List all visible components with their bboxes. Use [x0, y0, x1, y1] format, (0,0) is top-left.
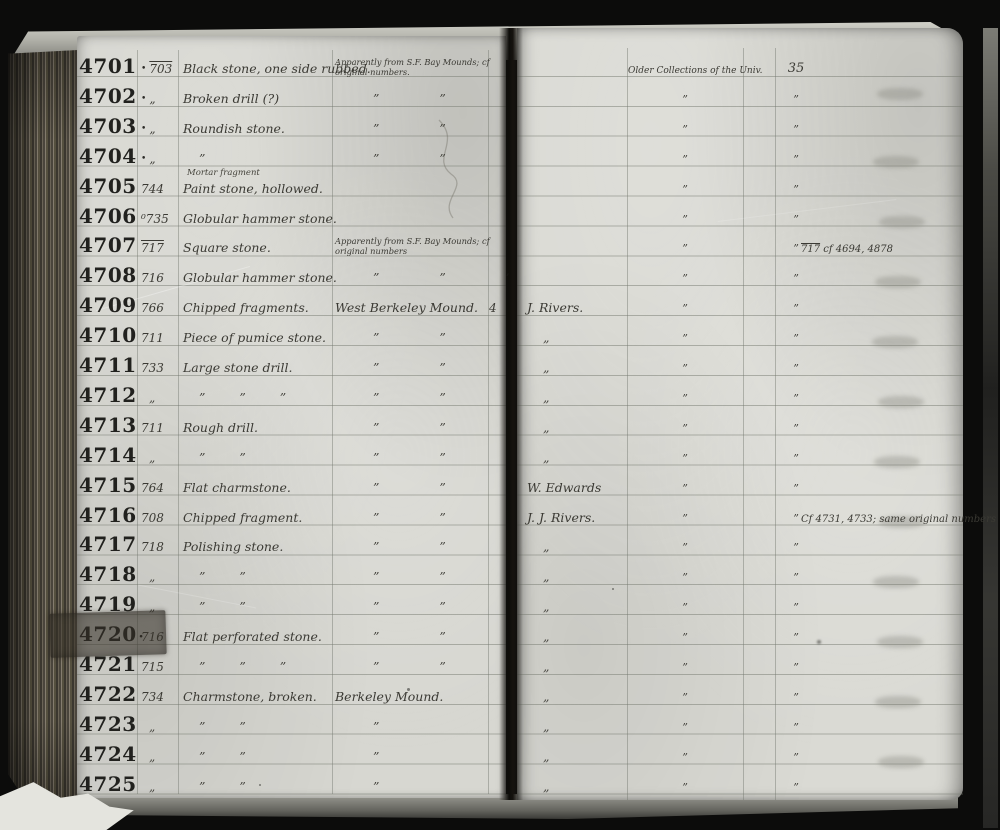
original-number-text: 711	[141, 331, 164, 345]
ledger-row-4712: 4712„” ” ”” ”	[77, 378, 506, 408]
original-number-text: 734	[141, 690, 164, 704]
price: ”	[776, 422, 816, 435]
ledger-row-4720-right: „””	[517, 617, 963, 647]
catalog-number-text: 4717	[79, 532, 137, 556]
collector: „	[527, 779, 549, 794]
price: 35	[776, 61, 816, 76]
remark-note: 717 cf 4694, 4878	[801, 244, 893, 255]
collector: J. Rivers.	[527, 300, 583, 315]
price: ”	[776, 751, 816, 764]
collection: ”	[628, 691, 742, 704]
locality: ” ”	[335, 121, 446, 136]
collector: „	[527, 450, 549, 465]
original-number: 716	[141, 271, 164, 285]
original-number: •„	[141, 92, 156, 106]
collection: ”	[628, 631, 742, 644]
original-number: 711	[141, 421, 164, 435]
bullet-mark: •	[141, 64, 146, 74]
ledger-row-4711: 4711733Large stone drill.” ”	[77, 348, 506, 378]
locality: ” ”	[335, 420, 446, 435]
ledger-row-4719-right: „””	[517, 587, 963, 617]
right-page: Older Collections of the Univ.35””””””””…	[517, 28, 963, 800]
description: ” ”	[183, 719, 246, 734]
catalog-number: 4714	[79, 443, 137, 467]
catalog-number-text: 4708	[79, 263, 137, 287]
locality: ”	[335, 779, 379, 794]
price: ”	[776, 781, 816, 794]
locality: ” ”	[335, 450, 446, 465]
ledger-row-4722-right: „””	[517, 677, 963, 707]
collector: „	[527, 569, 549, 584]
price: ”	[776, 631, 816, 644]
ledger-row-4707: 4707717Square stone.Apparently from S.F.…	[77, 228, 506, 258]
left-page: 4701•703Black stone, one side rubbed.App…	[77, 36, 506, 798]
ledger-row-4701-right: Older Collections of the Univ.35	[517, 49, 963, 79]
collection: ”	[628, 242, 742, 255]
catalog-number: 4715	[79, 473, 137, 497]
collector: „	[527, 659, 549, 674]
catalog-number: 4706	[79, 204, 137, 228]
catalog-number: 4725	[79, 772, 137, 796]
description: Piece of pumice stone.	[183, 330, 326, 345]
collection: ”	[628, 571, 742, 584]
description: Flat perforated stone.	[183, 629, 322, 644]
catalog-number-text: 4706	[79, 204, 137, 228]
price: ”	[776, 272, 816, 285]
ledger-row-4702-right: ””	[517, 79, 963, 109]
collection: ”	[628, 512, 742, 525]
price: ”	[776, 213, 816, 226]
ledger-row-4709: 4709766Chipped fragments.West Berkeley M…	[77, 288, 506, 318]
original-number: 715	[141, 660, 164, 674]
locality: ” ” ”	[335, 270, 512, 285]
catalog-number-text: 4711	[79, 353, 137, 377]
catalog-number-text: 4725	[79, 772, 137, 796]
ledger-row-4722: 4722734Charmstone, broken.Berkeley Mound…	[77, 677, 506, 707]
price: ”	[776, 123, 816, 136]
collector: „	[527, 420, 549, 435]
description: ”	[183, 151, 205, 166]
collector: „	[527, 689, 549, 704]
original-number-text: 708	[141, 511, 164, 525]
right-rows: Older Collections of the Univ.35””””””””…	[517, 28, 963, 800]
catalog-number-text: 4707	[79, 233, 137, 257]
price: ”	[776, 362, 816, 375]
original-number-text: 718	[141, 540, 164, 554]
ledger-row-4713: 4713711Rough drill.” ”	[77, 408, 506, 438]
description: Broken drill (?)	[183, 91, 279, 106]
ledger-row-4717: 4717718Polishing stone.” ”	[77, 527, 506, 557]
collector: „	[527, 749, 549, 764]
price: ”	[776, 153, 816, 166]
ledger-row-4703: 4703•„Roundish stone.” ”	[77, 109, 506, 139]
ledger-row-4715-right: W. Edwards””	[517, 468, 963, 498]
ledger-row-4725: 4725„” ””	[77, 767, 506, 797]
remark-note-text: Cf 4731, 4733; same original numbers	[801, 514, 996, 525]
description: ” ”	[183, 779, 246, 794]
locality: Apparently from S.F. Bay Mounds; cf orig…	[335, 58, 495, 77]
price: ”	[776, 302, 816, 315]
ledger-row-4708-right: ””	[517, 258, 963, 288]
original-number-text: 703	[149, 62, 172, 76]
original-number-text: 733	[141, 361, 164, 375]
catalog-number: 4716	[79, 503, 137, 527]
catalog-number-text: 4724	[79, 742, 137, 766]
catalog-number-text: 4723	[79, 712, 137, 736]
original-number-text: „	[149, 152, 155, 166]
collection: ”	[628, 93, 742, 106]
original-number: 764	[141, 481, 164, 495]
price: ”	[776, 183, 816, 196]
ledger-row-4725-right: „””	[517, 767, 963, 797]
catalog-number-text: 4712	[79, 383, 137, 407]
original-number-text: 715	[141, 660, 164, 674]
original-number: 717	[141, 241, 164, 255]
price: ”	[776, 691, 816, 704]
price: ”	[776, 541, 816, 554]
description: Charmstone, broken.	[183, 689, 317, 704]
ledger-row-4705-right: ””	[517, 169, 963, 199]
ledger-row-4706-right: ””	[517, 199, 963, 229]
collection: ”	[628, 601, 742, 614]
collection: ”	[628, 392, 742, 405]
original-number-text: „	[149, 92, 155, 106]
original-number-text: 744	[141, 182, 164, 196]
description: Globular hammer stone.	[183, 270, 337, 285]
catalog-number: 4718	[79, 562, 137, 586]
catalog-number: 4717	[79, 532, 137, 556]
collection: ”	[628, 183, 742, 196]
ledger-row-4710: 4710711Piece of pumice stone.” ”	[77, 318, 506, 348]
page-stack-fore-edge	[8, 50, 78, 812]
catalog-number: 4722	[79, 682, 137, 706]
locality: ”	[335, 719, 379, 734]
collection: ”	[628, 302, 742, 315]
ledger-row-4715: 4715764Flat charmstone.” ”	[77, 468, 506, 498]
original-number: •„	[141, 152, 156, 166]
bullet-mark: •	[141, 154, 146, 164]
ledger-row-4709-right: J. Rivers.””	[517, 288, 963, 318]
original-number-text: „	[149, 720, 155, 734]
price: ”	[776, 721, 816, 734]
ledger-row-4714-right: „””	[517, 438, 963, 468]
collection: ”	[628, 751, 742, 764]
collection: ”	[628, 362, 742, 375]
ledger-row-4718-right: „””	[517, 557, 963, 587]
original-number: •„	[141, 122, 156, 136]
catalog-number: 4702	[79, 84, 137, 108]
description: ” ”	[183, 569, 246, 584]
catalog-number: 4707	[79, 233, 137, 257]
collection: ”	[628, 452, 742, 465]
ledger-row-4718: 4718„” ”” ”	[77, 557, 506, 587]
original-number: 711	[141, 331, 164, 345]
remark-note-lead: 717	[801, 244, 820, 255]
ledger-row-4707-right: ””717 cf 4694, 4878	[517, 228, 963, 258]
catalog-number-text: 4715	[79, 473, 137, 497]
collector: „	[527, 539, 549, 554]
bullet-mark: •	[141, 124, 146, 134]
ledger-row-4721-right: „””	[517, 647, 963, 677]
catalog-number-text: 4709	[79, 293, 137, 317]
ledger-row-4714: 4714„” ”” ”	[77, 438, 506, 468]
catalog-number: 4723	[79, 712, 137, 736]
catalog-number: 4711	[79, 353, 137, 377]
ledger-row-4716: 4716708Chipped fragment.” ”	[77, 498, 506, 528]
description: Chipped fragment.	[183, 510, 302, 525]
description: ” ”	[183, 749, 246, 764]
original-number-text: 764	[141, 481, 164, 495]
catalog-number-text: 4722	[79, 682, 137, 706]
ledger-row-4705: 4705744Mortar fragmentPaint stone, hollo…	[77, 169, 506, 199]
original-number: ⁰735	[141, 212, 169, 226]
original-number-text: „	[149, 780, 155, 794]
price: ”	[776, 661, 816, 674]
collection: ”	[628, 721, 742, 734]
original-number-text: 717	[141, 241, 164, 255]
original-number: „	[141, 780, 155, 794]
locality: ” ”	[335, 629, 446, 644]
collector: „	[527, 360, 549, 375]
original-number: „	[141, 391, 155, 405]
original-number: 708	[141, 511, 164, 525]
description: ” ” ”	[183, 390, 286, 405]
description: Roundish stone.	[183, 121, 285, 136]
description: Square stone.	[183, 240, 271, 255]
locality: ” ”	[335, 151, 446, 166]
original-number: •703	[141, 62, 172, 76]
original-number: 718	[141, 540, 164, 554]
collection: ”	[628, 661, 742, 674]
catalog-number-text: 4710	[79, 323, 137, 347]
locality: ” ”	[335, 360, 446, 375]
locality: ” ”	[335, 480, 446, 495]
original-number-text: „	[149, 451, 155, 465]
original-number-text: ⁰735	[141, 212, 169, 226]
ledger-row-4723: 4723„” ””	[77, 707, 506, 737]
original-number: 744	[141, 182, 164, 196]
collector: „	[527, 390, 549, 405]
photo-frame: 4701•703Black stone, one side rubbed.App…	[0, 0, 1000, 830]
price: ”	[776, 392, 816, 405]
locality: West Berkeley Mound.	[335, 300, 478, 315]
collection: ”	[628, 422, 742, 435]
collection: ”	[628, 153, 742, 166]
ledger-row-4708: 4708716Globular hammer stone.” ” ”	[77, 258, 506, 288]
locality: ” ”	[335, 599, 446, 614]
price: ”	[776, 571, 816, 584]
original-number: 766	[141, 301, 164, 315]
ledger-row-4712-right: „””	[517, 378, 963, 408]
tape-patch	[49, 610, 166, 658]
collection: ”	[628, 482, 742, 495]
description: Polishing stone.	[183, 539, 283, 554]
original-number-text: „	[149, 122, 155, 136]
ledger-row-4723-right: „””	[517, 707, 963, 737]
collection: Older Collections of the Univ.	[628, 66, 742, 76]
ledger-row-4724-right: „””	[517, 737, 963, 767]
description-annotation: Mortar fragment	[187, 168, 260, 178]
locality: ” ”	[335, 390, 446, 405]
ledger-row-4704-right: ””	[517, 139, 963, 169]
price: ”	[776, 452, 816, 465]
locality: ” ”	[335, 569, 446, 584]
remark-note-text: cf 4694, 4878	[820, 244, 893, 255]
catalog-number-text: 4701	[79, 54, 137, 78]
locality: Apparently from S.F. Bay Mounds; cf orig…	[335, 237, 495, 256]
left-rows: 4701•703Black stone, one side rubbed.App…	[77, 36, 506, 798]
description: ” ”	[183, 450, 246, 465]
description: Rough drill.	[183, 420, 258, 435]
remark-note: Cf 4731, 4733; same original numbers	[801, 514, 996, 525]
collector: „	[527, 330, 549, 345]
collection: ”	[628, 272, 742, 285]
collection: ”	[628, 213, 742, 226]
catalog-number: 4708	[79, 263, 137, 287]
catalog-number-text: 4718	[79, 562, 137, 586]
quantity: 4	[489, 301, 497, 315]
locality: ”	[335, 749, 379, 764]
catalog-number-text: 4713	[79, 413, 137, 437]
description: Paint stone, hollowed.	[183, 181, 323, 196]
original-number: „	[141, 451, 155, 465]
ledger-row-4702: 4702•„Broken drill (?)” ”	[77, 79, 506, 109]
collector: „	[527, 629, 549, 644]
ledger-row-4706: 4706⁰735Globular hammer stone.	[77, 199, 506, 229]
original-number-text: „	[149, 750, 155, 764]
collector: J. J. Rivers.	[527, 510, 595, 525]
collector: W. Edwards	[527, 480, 601, 495]
ledger-row-4701: 4701•703Black stone, one side rubbed.App…	[77, 49, 506, 79]
description: Globular hammer stone.	[183, 211, 337, 226]
original-number: „	[141, 750, 155, 764]
catalog-number: 4724	[79, 742, 137, 766]
price: ”	[776, 482, 816, 495]
description: Large stone drill.	[183, 360, 292, 375]
catalog-number: 4703	[79, 114, 137, 138]
collection: ”	[628, 332, 742, 345]
catalog-number: 4712	[79, 383, 137, 407]
ledger-row-4704: 4704•„”” ”	[77, 139, 506, 169]
collection: ”	[628, 781, 742, 794]
film-edge-strip	[983, 28, 998, 828]
ledger-row-4710-right: „””	[517, 318, 963, 348]
ledger-row-4717-right: „””	[517, 527, 963, 557]
catalog-number: 4701	[79, 54, 137, 78]
original-number-text: 711	[141, 421, 164, 435]
catalog-number-text: 4705	[79, 174, 137, 198]
description: Chipped fragments.	[183, 300, 309, 315]
collector: „	[527, 719, 549, 734]
catalog-number: 4704	[79, 144, 137, 168]
catalog-number: 4710	[79, 323, 137, 347]
catalog-number: 4705	[79, 174, 137, 198]
ledger-row-4711-right: „””	[517, 348, 963, 378]
ledger-row-4703-right: ””	[517, 109, 963, 139]
locality: ” ”	[335, 91, 446, 106]
ledger-row-4724: 4724„” ””	[77, 737, 506, 767]
original-number-text: „	[149, 570, 155, 584]
description: ” ” ”	[183, 659, 286, 674]
price: ”	[776, 93, 816, 106]
locality: Berkeley Mound.	[335, 689, 443, 704]
description: ” ”	[183, 599, 246, 614]
original-number-text: „	[149, 391, 155, 405]
catalog-number: 4709	[79, 293, 137, 317]
price: ”	[776, 332, 816, 345]
collection: ”	[628, 123, 742, 136]
catalog-number-text: 4703	[79, 114, 137, 138]
ledger-row-4713-right: „””	[517, 408, 963, 438]
ledger-row-4716-right: J. J. Rivers.””Cf 4731, 4733; same origi…	[517, 498, 963, 528]
original-number: „	[141, 570, 155, 584]
description: Flat charmstone.	[183, 480, 291, 495]
locality: ” ”	[335, 510, 446, 525]
collection: ”	[628, 541, 742, 554]
original-number-text: 766	[141, 301, 164, 315]
collector: „	[527, 599, 549, 614]
original-number: 734	[141, 690, 164, 704]
original-number-text: 716	[141, 271, 164, 285]
locality: ” ”	[335, 659, 446, 674]
catalog-number-text: 4714	[79, 443, 137, 467]
catalog-number: 4713	[79, 413, 137, 437]
original-number: 733	[141, 361, 164, 375]
catalog-number-text: 4702	[79, 84, 137, 108]
catalog-number-text: 4716	[79, 503, 137, 527]
binding-gutter	[499, 28, 523, 800]
bullet-mark: •	[141, 94, 146, 104]
catalog-number-text: 4704	[79, 144, 137, 168]
locality: ” ”	[335, 330, 446, 345]
locality: ” ”	[335, 539, 446, 554]
price: ”	[776, 601, 816, 614]
original-number: „	[141, 720, 155, 734]
